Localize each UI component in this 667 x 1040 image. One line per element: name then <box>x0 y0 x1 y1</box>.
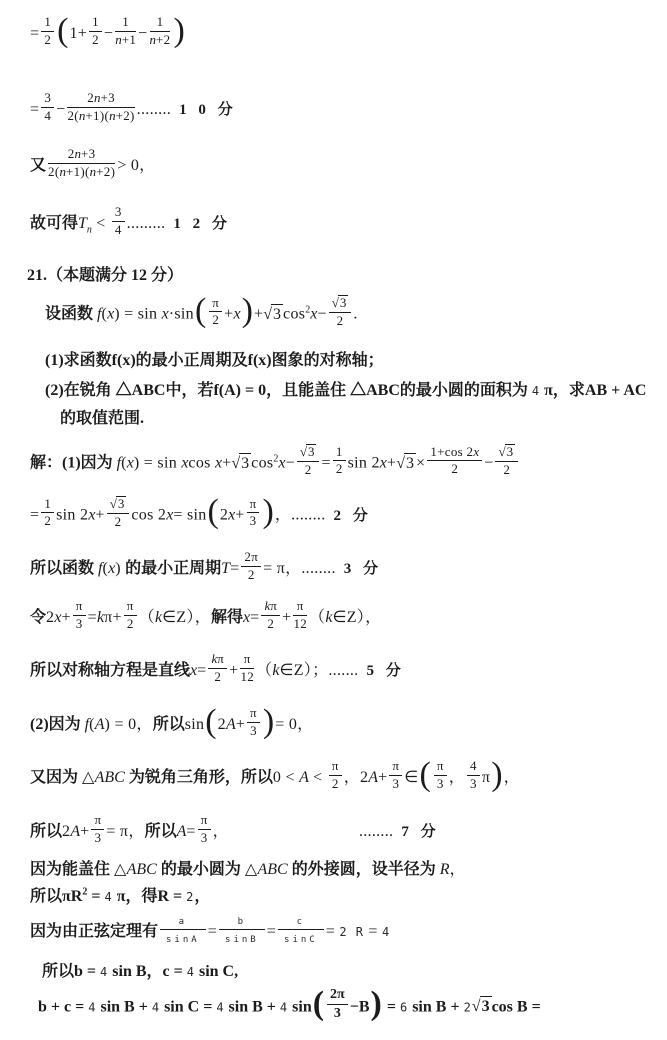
denominator: sinB <box>219 930 265 946</box>
math-var: k <box>155 609 162 626</box>
math-text: 3 <box>250 513 257 528</box>
math-text: 12 <box>240 669 254 684</box>
denominator: sinA <box>160 930 206 946</box>
inserted-text: b <box>238 917 246 927</box>
sqrt-radical: √3 <box>300 444 317 460</box>
math-text: 2 <box>305 462 312 477</box>
math-text: 2 <box>332 776 339 791</box>
denominator: 2 <box>107 514 130 530</box>
math-text: 1 <box>336 444 343 459</box>
math-text: = <box>208 923 217 940</box>
numerator: π <box>240 652 254 669</box>
math-var: x <box>380 455 387 472</box>
math-text: 2 <box>68 146 75 161</box>
cjk-text: 所以 <box>145 823 177 840</box>
inserted-text: sinC <box>284 935 318 945</box>
fraction: 12 <box>333 445 346 478</box>
inserted-text: 4 <box>152 1000 160 1014</box>
math-text: 2 <box>337 313 344 328</box>
math-text: + <box>378 769 387 786</box>
solution-step-axis-result: 所以对称轴方程是直线x=kπ2+π12（k∈Z）；.......5 分 <box>30 655 405 688</box>
fraction: 1n+2 <box>150 15 171 48</box>
math-text: 2 <box>248 567 255 582</box>
fraction: π2 <box>209 296 222 329</box>
solution2-step-angle: 所以2A+π3= π，所以A=π3，........7 分 <box>30 816 440 849</box>
math-text: ∈Z）， <box>162 609 211 626</box>
numerator: 2n+3 <box>48 147 115 164</box>
cjk-text: 的取值范围. <box>60 410 144 427</box>
cjk-text: 因为能盖住 <box>30 861 114 878</box>
fraction: π12 <box>293 599 307 632</box>
math-text: = <box>186 823 195 840</box>
math-var: x <box>473 444 479 459</box>
radicand: 3 <box>480 996 492 1017</box>
math-text: + <box>229 662 238 679</box>
inserted-text: 6 <box>400 1000 408 1014</box>
left-paren: ( <box>419 761 432 790</box>
radicand: 3 <box>239 453 251 474</box>
math-text: ∈ <box>404 769 418 786</box>
math-var: T <box>78 215 87 232</box>
cjk-text: 的最小正周期 <box>125 560 221 577</box>
fraction: π12 <box>240 652 254 685</box>
fraction: √32 <box>297 444 320 478</box>
inserted-text: 4 <box>280 1000 288 1014</box>
cjk-text: 设函数 <box>45 306 97 323</box>
math-text: 2 <box>214 669 221 684</box>
denominator: 2 <box>41 32 54 48</box>
math-text: ∈Z）；....... <box>279 662 358 679</box>
denominator: 12 <box>293 616 307 632</box>
cjk-text: sin B + <box>225 998 280 1015</box>
left-paren: ( <box>312 990 325 1019</box>
inserted-text: 4 <box>382 925 390 939</box>
math-text: +1)( <box>85 108 109 123</box>
math-text: 2 <box>267 616 274 631</box>
denominator: 4 <box>112 222 125 238</box>
math-text: （ <box>309 609 325 626</box>
math-var: A <box>299 769 309 786</box>
numerator: 1 <box>115 15 136 32</box>
math-var: x <box>215 455 222 472</box>
math-text: = 0， <box>275 716 313 733</box>
cjk-text: 所以πR <box>30 888 82 905</box>
math-text: ·sin <box>169 306 194 323</box>
math-text: − <box>138 25 147 42</box>
math-text: 2 <box>212 312 219 327</box>
math-text: < <box>309 769 327 786</box>
cjk-text: π，求AB + AC <box>540 382 646 399</box>
math-text: + <box>387 455 396 472</box>
cjk-text: = <box>383 998 400 1015</box>
fraction: 2π2 <box>241 550 261 583</box>
denominator: 2 <box>208 669 227 685</box>
math-text: − <box>317 306 326 323</box>
fraction: 34 <box>41 91 54 124</box>
fraction: 43 <box>467 759 480 792</box>
math-text: = <box>30 507 39 524</box>
denominator: 3 <box>434 776 447 792</box>
cjk-text: 21.（本题满分 12 分） <box>27 267 183 284</box>
solution-step-simplify: =12sin 2x+√32cos 2x= sin(2x+π3)，........… <box>30 499 372 533</box>
radicand: 3 <box>271 304 283 325</box>
math-var: A <box>368 769 378 786</box>
math-text: cos 2 <box>131 507 166 524</box>
math-text: = <box>267 923 276 940</box>
cjk-text: 为锐角三角形，所以 <box>125 769 273 786</box>
numerator: 4 <box>467 759 480 776</box>
math-text: 4 <box>115 222 122 237</box>
math-text: ，2 <box>344 769 369 786</box>
cjk-text: ， <box>194 888 210 905</box>
math-text: π <box>437 758 444 773</box>
math-text: π <box>244 651 251 666</box>
numerator: 2π <box>241 550 261 567</box>
math-text: < <box>92 215 110 232</box>
math-text: π <box>217 651 224 666</box>
math-text: ......... <box>127 215 166 232</box>
formula-tn-bound: 故可得Tn < 34.........1 2 分 <box>30 208 231 241</box>
math-var: x <box>234 306 241 323</box>
math-text: 1+cos 2 <box>430 444 473 459</box>
math-text: （ <box>139 609 155 626</box>
sqrt-radical: √3 <box>332 295 349 311</box>
inserted-text: 4 <box>532 384 540 398</box>
math-var: ABC <box>257 861 287 878</box>
math-text: = π，........ <box>263 560 336 577</box>
formula-tn-expansion: =12(1+12−1n+1−1n+2) <box>30 18 186 51</box>
math-text: 2 <box>87 90 94 105</box>
radicand: 3 <box>306 444 317 460</box>
numerator: π <box>91 813 104 830</box>
math-text: ， <box>504 769 520 786</box>
sqrt-radical: √3 <box>472 996 492 1017</box>
fraction: π3 <box>247 497 260 530</box>
math-var: x <box>127 455 134 472</box>
sqrt-radical: √3 <box>396 453 416 474</box>
cjk-text: 所以对称轴方程是直线 <box>30 662 190 679</box>
math-text: = <box>30 101 39 118</box>
math-var: A <box>226 716 236 733</box>
numerator: 1 <box>41 497 54 514</box>
math-var: A <box>177 823 187 840</box>
numerator: 1 <box>333 445 346 462</box>
inserted-text: 4 <box>187 965 195 979</box>
cjk-text: 解得 <box>211 609 243 626</box>
inserted-text: sinB <box>225 935 259 945</box>
inserted-text: 4 <box>216 1000 224 1014</box>
score-label: 3 分 <box>344 561 382 577</box>
right-paren: ) <box>172 17 185 46</box>
math-text: +3 <box>101 90 115 105</box>
math-text: − <box>56 101 65 118</box>
numerator: π <box>198 813 211 830</box>
numerator: √3 <box>329 295 352 313</box>
cjk-text: 的最小圆为 <box>157 861 245 878</box>
math-text: 2 <box>92 32 99 47</box>
math-text: = <box>230 560 239 577</box>
math-text: π <box>76 598 83 613</box>
cjk-text: = <box>87 888 104 905</box>
inserted-text: c <box>297 917 305 927</box>
inserted-text: a <box>179 917 187 927</box>
math-text: +1 <box>122 32 136 47</box>
cjk-text: cos B = <box>492 998 541 1015</box>
math-text: 2 <box>44 32 51 47</box>
denominator: 2(n+1)(n+2) <box>67 108 134 124</box>
fraction: π2 <box>124 599 137 632</box>
math-text: 1 <box>122 14 129 29</box>
solution-step-period: 所以函数 f(x) 的最小正周期T=2π2= π，........3 分 <box>30 553 382 586</box>
fraction: kπ2 <box>261 599 280 632</box>
score-label: 7 分 <box>401 824 439 840</box>
math-text: 1 <box>92 14 99 29</box>
denominator: 3 <box>467 776 480 792</box>
fraction: π3 <box>434 759 447 792</box>
cjk-text: −B <box>350 998 370 1015</box>
math-text: ，........ <box>275 507 326 524</box>
cjk-text: 故可得 <box>30 215 78 232</box>
fraction: π3 <box>91 813 104 846</box>
math-text: . <box>353 306 357 323</box>
math-text: cos <box>283 306 305 323</box>
fraction: π3 <box>73 599 86 632</box>
numerator: b <box>219 913 265 930</box>
denominator: 2 <box>89 32 102 48</box>
math-text: 1 <box>44 14 51 29</box>
left-paren: ( <box>56 17 69 46</box>
math-var: A <box>70 823 80 840</box>
radicand: 3 <box>404 453 416 474</box>
math-text: 2 <box>220 507 228 524</box>
math-text: + <box>236 716 245 733</box>
radicand: 3 <box>505 444 516 460</box>
cjk-text: 的外接圆，设半径为 <box>288 861 440 878</box>
inserted-text: 2 <box>464 1000 472 1014</box>
math-text: 3 <box>44 90 51 105</box>
math-text: 1+ <box>69 25 87 42</box>
math-text: − <box>104 25 113 42</box>
sqrt-radical: √3 <box>263 304 283 325</box>
math-text: （ <box>256 662 272 679</box>
cjk-text: π，得R = <box>113 888 186 905</box>
solution2-step-radius: 所以πR2 = 4 π，得R = 2， <box>30 887 210 907</box>
fraction: 2n+32(n+1)(n+2) <box>67 91 134 124</box>
math-text: △ <box>82 769 95 786</box>
math-text: cos <box>251 455 273 472</box>
math-text: π <box>482 769 490 786</box>
score-label: 5 分 <box>366 663 404 679</box>
math-text: 12 <box>293 616 307 631</box>
math-text: π <box>332 758 339 773</box>
math-text: π <box>270 598 277 613</box>
math-text: 2 <box>503 462 510 477</box>
numerator: √3 <box>107 496 130 514</box>
math-text: 3 <box>76 616 83 631</box>
math-var: k <box>97 609 104 626</box>
numerator: π <box>434 759 447 776</box>
math-text: 2π <box>244 549 258 564</box>
denominator: 2 <box>241 567 261 583</box>
denominator: 2 <box>124 616 137 632</box>
numerator: 1 <box>41 15 54 32</box>
numerator: 3 <box>112 205 125 222</box>
math-text: + <box>95 507 104 524</box>
denominator: 3 <box>247 723 260 739</box>
numerator: π <box>247 706 260 723</box>
cjk-text: b + c = <box>38 998 88 1015</box>
math-text: > 0， <box>117 157 155 174</box>
denominator: 2 <box>329 776 342 792</box>
math-text: 1 <box>157 14 164 29</box>
math-text: △ <box>245 861 258 878</box>
numerator: π <box>293 599 307 616</box>
radicand: 3 <box>116 496 127 512</box>
solution2-step-sum: b + c = 4 sin B + 4 sin C = 4 sin B + 4 … <box>38 990 541 1025</box>
math-text: 2 <box>115 514 122 529</box>
numerator: π <box>124 599 137 616</box>
denominator: 2 <box>495 462 518 478</box>
denominator: 3 <box>73 616 86 632</box>
numerator: √3 <box>495 444 518 462</box>
fraction: 34 <box>112 205 125 238</box>
cjk-text: 所以函数 <box>30 560 98 577</box>
problem-21-part2-cont: 的取值范围. <box>60 409 144 429</box>
math-text: + <box>282 609 291 626</box>
fraction: 2n+32(n+1)(n+2) <box>48 147 115 180</box>
math-text: π <box>297 598 304 613</box>
cjk-text: (1)求函数f(x)的最小正周期及f(x)图象的对称轴； <box>45 352 384 369</box>
math-text: +2 <box>156 32 170 47</box>
math-text: π+ <box>104 609 122 626</box>
math-text: 2 <box>336 461 343 476</box>
numerator: 1+cos 2x <box>427 445 482 462</box>
denominator: n+1 <box>115 32 136 48</box>
fraction: √32 <box>107 496 130 530</box>
math-text: 3 <box>115 204 122 219</box>
math-text: π <box>212 295 219 310</box>
left-paren: ( <box>204 708 217 737</box>
solution2-step-acute: 又因为 △ABC 为锐角三角形，所以0 < A < π2，2A+π3∈(π3，4… <box>30 762 520 795</box>
math-text: ) = sin <box>114 306 161 323</box>
problem-21-function: 设函数 f(x) = sin x·sin(π2+x)+√3cos2x−√32. <box>45 298 358 332</box>
numerator: 1 <box>89 15 102 32</box>
math-text: 0 < <box>273 769 299 786</box>
math-text: 3 <box>250 723 257 738</box>
math-text: +3 <box>81 146 95 161</box>
math-text: + <box>235 507 244 524</box>
cjk-text: 所以b = <box>42 963 100 980</box>
math-text: π <box>392 758 399 773</box>
cjk-text: sin B，c = <box>108 963 186 980</box>
math-text: ........ <box>137 101 171 118</box>
right-paren: ) <box>241 297 254 326</box>
solution2-step-sine-rule: 因为由正弦定理有asinA=bsinB=csinC= 2 R = 4 <box>30 916 390 949</box>
inserted-text: sinA <box>166 935 200 945</box>
cjk-text: 令 <box>30 609 46 626</box>
fraction: π3 <box>389 759 402 792</box>
denominator: n+2 <box>150 32 171 48</box>
fraction: csinC <box>278 913 324 946</box>
math-text: 2 <box>451 461 458 476</box>
math-text: = <box>326 923 340 940</box>
numerator: π <box>389 759 402 776</box>
math-text: 4 <box>470 758 477 773</box>
math-text: ) = sin <box>134 455 181 472</box>
math-text: = <box>88 609 97 626</box>
math-text: + <box>80 823 89 840</box>
math-text: △ <box>114 861 127 878</box>
denominator: 3 <box>389 776 402 792</box>
math-text: +2) <box>116 108 135 123</box>
radicand: 3 <box>338 295 349 311</box>
math-text: 3 <box>392 776 399 791</box>
problem-21-header: 21.（本题满分 12 分） <box>27 266 183 286</box>
score-label: 1 2 分 <box>173 216 231 232</box>
solution-step-expand: 解：(1)因为 f(x) = sin xcos x+√3cos2x−√32=12… <box>30 447 520 481</box>
numerator: c <box>278 913 324 930</box>
math-text: 2( <box>48 164 59 179</box>
math-text: ........ <box>359 823 393 840</box>
fraction: π3 <box>198 813 211 846</box>
denominator: sinC <box>278 930 324 946</box>
sqrt-radical: √3 <box>110 496 127 512</box>
math-var: x <box>278 455 285 472</box>
math-var: T <box>221 560 230 577</box>
math-text: = <box>30 25 39 42</box>
cjk-text: 又 <box>30 157 46 174</box>
math-text: × <box>416 455 425 472</box>
fraction: √32 <box>329 295 352 329</box>
math-text: 3 <box>470 776 477 791</box>
math-text: +2) <box>96 164 115 179</box>
math-text: ) <box>115 560 125 577</box>
cjk-text: sin C = <box>160 998 216 1015</box>
right-paren: ) <box>370 990 383 1019</box>
math-text: = <box>364 923 382 940</box>
math-text: = π， <box>106 823 144 840</box>
denominator: 3 <box>91 830 104 846</box>
math-text: +1)( <box>66 164 90 179</box>
math-text: 2( <box>67 108 78 123</box>
numerator: a <box>160 913 206 930</box>
math-text: = <box>321 455 330 472</box>
score-label: 2 分 <box>334 508 372 524</box>
math-text: 4 <box>44 108 51 123</box>
solution2-step-circle: 因为能盖住 △ABC 的最小圆为 △ABC 的外接圆，设半径为 R， <box>30 860 466 880</box>
fraction: 1n+1 <box>115 15 136 48</box>
denominator: 2 <box>41 513 54 529</box>
inserted-text: 2 R <box>339 925 364 939</box>
cjk-text: 因为由正弦定理有 <box>30 923 158 940</box>
left-paren: ( <box>194 297 207 326</box>
cjk-text: sin <box>288 998 312 1015</box>
cjk-text: sin C, <box>195 963 238 980</box>
math-text: = sin <box>173 507 206 524</box>
math-var: ABC <box>127 861 157 878</box>
cjk-text: 所以 <box>153 716 185 733</box>
left-paren: ( <box>207 498 220 527</box>
math-text: 2 <box>127 616 134 631</box>
denominator: 4 <box>41 108 54 124</box>
math-text: 1 <box>44 496 51 511</box>
math-text: π <box>94 812 101 827</box>
cjk-text: sin B + <box>408 998 463 1015</box>
document-page: =12(1+12−1n+1−1n+2)=34−2n+32(n+1)(n+2)..… <box>0 0 667 1040</box>
inserted-text: 4 <box>104 890 112 904</box>
math-text: ， <box>213 823 229 840</box>
cjk-text: 3 <box>334 1006 341 1021</box>
